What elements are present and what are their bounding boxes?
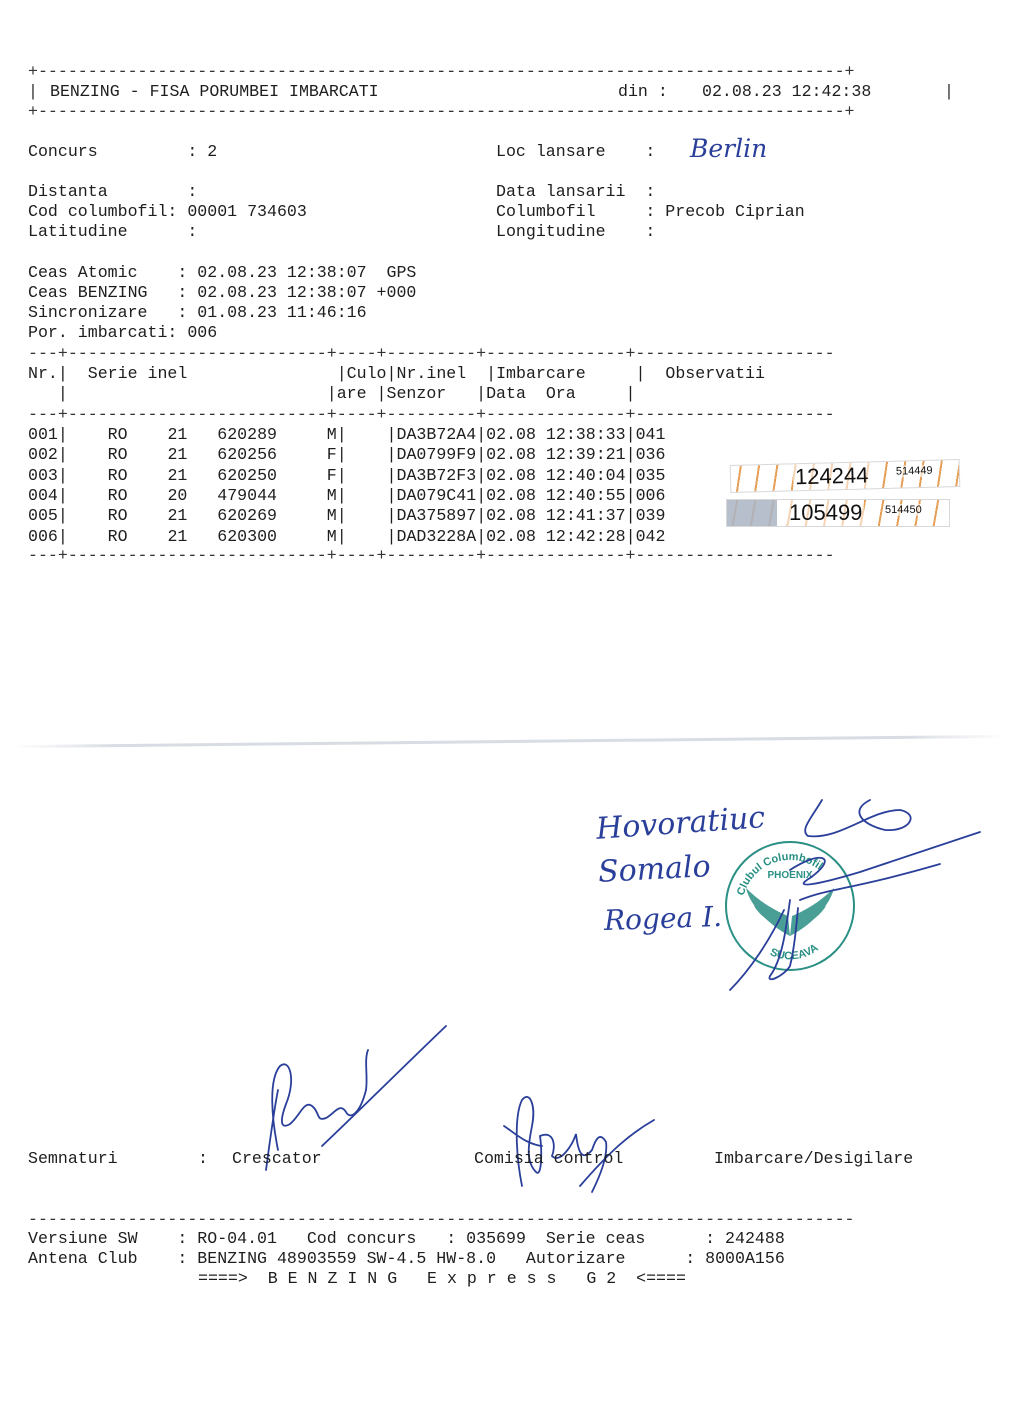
row-observatii: 036 xyxy=(636,445,666,464)
row-ring: 620250 xyxy=(217,466,277,485)
row-observatii: 006 xyxy=(636,486,666,505)
table-bottom-border: ---+--------------------------+----+----… xyxy=(28,546,835,566)
row-ring: 620289 xyxy=(217,425,277,444)
crescator-signature xyxy=(250,1020,460,1170)
row-observatii: 041 xyxy=(636,425,666,444)
row-ora: 12:38:33 xyxy=(546,425,626,444)
por-imbarcati: Por. imbarcati: 006 xyxy=(28,323,217,343)
row-ora: 12:42:28 xyxy=(546,527,626,546)
page-title: BENZING - FISA PORUMBEI IMBARCATI xyxy=(50,82,379,102)
info-columbofil: Columbofil : Precob Ciprian xyxy=(496,202,805,222)
header-left-bar: | xyxy=(28,82,38,102)
row-country: RO xyxy=(108,506,128,525)
clock-benzing: Ceas BENZING : 02.08.23 12:38:07 +000 xyxy=(28,283,416,303)
row-data: 02.08 xyxy=(486,445,536,464)
seal-sticker-1: 124244 514449 xyxy=(730,459,961,493)
row-ring: 479044 xyxy=(217,486,277,505)
loc-lansare-handwritten: Berlin xyxy=(690,134,767,163)
footer-versiune: Versiune SW : RO-04.01 Cod concurs : 035… xyxy=(28,1229,785,1249)
row-observatii: 035 xyxy=(636,466,666,485)
signature-comisia-label: Comisia control xyxy=(474,1149,623,1169)
row-nr: 003 xyxy=(28,466,58,485)
row-data: 02.08 xyxy=(486,486,536,505)
row-nr: 004 xyxy=(28,486,58,505)
footer-rule: ----------------------------------------… xyxy=(28,1210,855,1230)
row-country: RO xyxy=(108,445,128,464)
row-ring: 620256 xyxy=(217,445,277,464)
row-sex: M xyxy=(327,506,337,525)
clock-sincronizare: Sincronizare : 01.08.23 11:46:16 xyxy=(28,303,367,323)
row-senzor: DA079C41 xyxy=(397,486,477,505)
row-ora: 12:40:55 xyxy=(546,486,626,505)
seal-number: 105499 xyxy=(787,500,864,526)
row-ring: 620300 xyxy=(217,527,277,546)
row-nr: 001 xyxy=(28,425,58,444)
table-top-border: ---+--------------------------+----+----… xyxy=(28,344,835,364)
row-sex: M xyxy=(327,425,337,444)
header-din-label: din : xyxy=(618,82,668,102)
row-senzor: DAD3228A xyxy=(397,527,477,546)
seal-number: 124244 xyxy=(793,462,871,490)
table-header-border: ---+--------------------------+----+----… xyxy=(28,405,835,425)
row-sex: F xyxy=(327,445,337,464)
table-row: 006| RO 21 620300 M| |DAD3228A|02.08 12:… xyxy=(28,527,665,547)
info-cod-columbofil: Cod columbofil: 00001 734603 xyxy=(28,202,307,222)
signature-crescator-label: Crescator xyxy=(232,1149,322,1169)
row-year: 21 xyxy=(167,527,187,546)
row-country: RO xyxy=(108,486,128,505)
row-ring: 620269 xyxy=(217,506,277,525)
committee-signature-scribble xyxy=(690,780,990,1000)
signature-imbarcare-label: Imbarcare/Desigilare xyxy=(714,1149,913,1169)
table-row: 003| RO 21 620250 F| |DA3B72F3|02.08 12:… xyxy=(28,466,665,486)
footer-antena: Antena Club : BENZING 48903559 SW-4.5 HW… xyxy=(28,1249,785,1269)
row-senzor: DA3B72A4 xyxy=(397,425,477,444)
header-timestamp: 02.08.23 12:42:38 xyxy=(702,82,871,102)
row-ora: 12:41:37 xyxy=(546,506,626,525)
info-distanta: Distanta : xyxy=(28,182,207,202)
row-observatii: 042 xyxy=(636,527,666,546)
row-senzor: DA3B72F3 xyxy=(397,466,477,485)
header-top-border: +---------------------------------------… xyxy=(28,62,855,82)
row-country: RO xyxy=(108,527,128,546)
info-data-lansarii: Data lansarii : xyxy=(496,182,665,202)
row-sex: F xyxy=(327,466,337,485)
table-header-row-1: Nr.| Serie inel |Culo|Nr.inel |Imbarcare… xyxy=(28,364,765,384)
row-data: 02.08 xyxy=(486,425,536,444)
header-bottom-border: +---------------------------------------… xyxy=(28,102,855,122)
row-ora: 12:39:21 xyxy=(546,445,626,464)
info-latitudine: Latitudine : xyxy=(28,222,207,242)
row-senzor: DA375897 xyxy=(397,506,477,525)
row-year: 21 xyxy=(167,425,187,444)
signatures-label: Semnaturi xyxy=(28,1149,118,1169)
table-row: 001| RO 21 620289 M| |DA3B72A4|02.08 12:… xyxy=(28,425,665,445)
row-nr: 006 xyxy=(28,527,58,546)
info-loc-lansare: Loc lansare : xyxy=(496,142,665,162)
header-right-bar: | xyxy=(944,82,954,102)
row-data: 02.08 xyxy=(486,527,536,546)
row-ora: 12:40:04 xyxy=(546,466,626,485)
row-country: RO xyxy=(108,466,128,485)
paper-fold-crease xyxy=(15,735,1005,748)
row-data: 02.08 xyxy=(486,506,536,525)
signatures-sep: : xyxy=(198,1149,208,1169)
seal-sticker-2: 105499 514450 xyxy=(726,499,950,527)
table-header-row-2: | |are |Senzor |Data Ora | xyxy=(28,384,635,404)
info-concurs: Concurs : 2 xyxy=(28,142,217,162)
comisia-signature xyxy=(496,1086,666,1196)
row-senzor: DA0799F9 xyxy=(397,445,477,464)
info-longitudine: Longitudine : xyxy=(496,222,665,242)
table-row: 004| RO 20 479044 M| |DA079C41|02.08 12:… xyxy=(28,486,665,506)
row-data: 02.08 xyxy=(486,466,536,485)
row-year: 20 xyxy=(167,486,187,505)
row-nr: 005 xyxy=(28,506,58,525)
table-row: 005| RO 21 620269 M| |DA375897|02.08 12:… xyxy=(28,506,665,526)
row-country: RO xyxy=(108,425,128,444)
row-sex: M xyxy=(327,527,337,546)
footer-banner: ====> B E N Z I N G E x p r e s s G 2 <=… xyxy=(198,1269,686,1289)
clock-atomic: Ceas Atomic : 02.08.23 12:38:07 GPS xyxy=(28,263,416,283)
row-observatii: 039 xyxy=(636,506,666,525)
row-year: 21 xyxy=(167,506,187,525)
seal-serial: 514450 xyxy=(885,504,922,516)
row-year: 21 xyxy=(167,445,187,464)
row-nr: 002 xyxy=(28,445,58,464)
table-row: 002| RO 21 620256 F| |DA0799F9|02.08 12:… xyxy=(28,445,665,465)
row-year: 21 xyxy=(167,466,187,485)
seal-serial: 514449 xyxy=(896,465,933,478)
row-sex: M xyxy=(327,486,337,505)
